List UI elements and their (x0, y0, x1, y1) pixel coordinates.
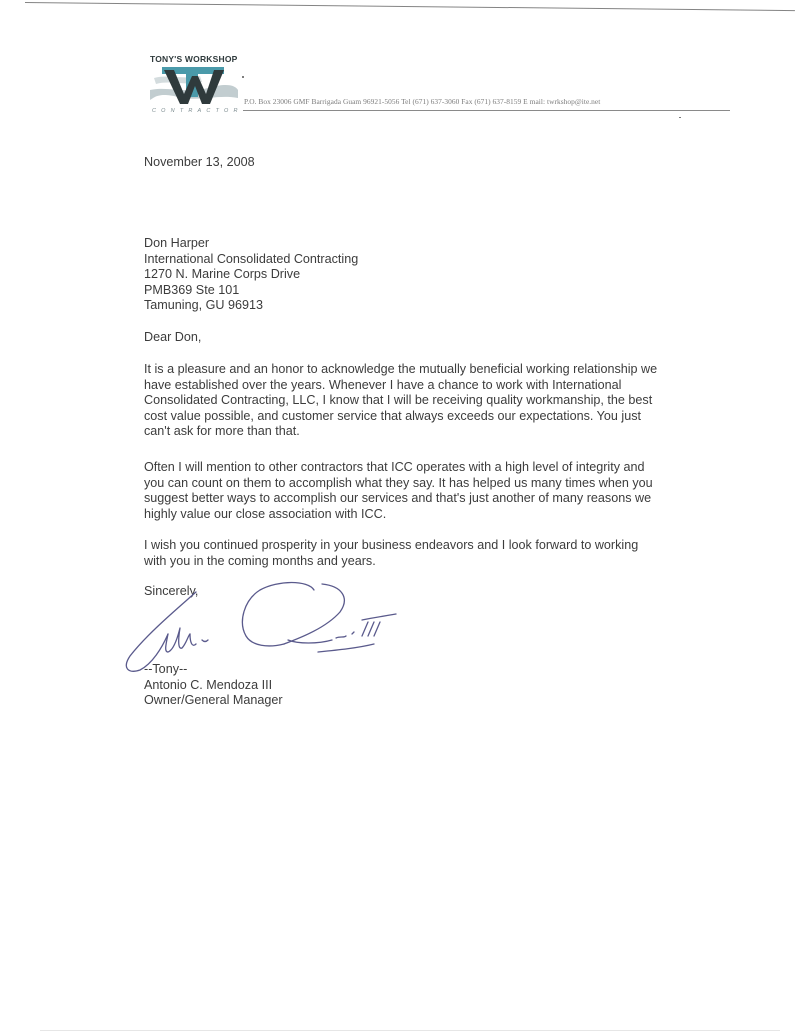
paragraph-line: you can count on them to accomplish what… (144, 476, 734, 492)
closing: Sincerely, (144, 584, 198, 600)
paragraph-line: suggest better ways to accomplish our se… (144, 491, 734, 507)
recipient-name: Don Harper (144, 236, 358, 252)
scan-speck (679, 117, 681, 118)
paragraph-line: Consolidated Contracting, LLC, I know th… (144, 393, 734, 409)
salutation: Dear Don, (144, 330, 201, 346)
signoff-full-name: Antonio C. Mendoza III (144, 678, 283, 694)
signoff-block: --Tony-- Antonio C. Mendoza III Owner/Ge… (144, 662, 283, 709)
logo-w-icon (148, 64, 240, 106)
recipient-suite: PMB369 Ste 101 (144, 283, 358, 299)
recipient-city: Tamuning, GU 96913 (144, 298, 358, 314)
scan-edge-line-bottom (40, 1030, 780, 1031)
recipient-company: International Consolidated Contracting (144, 252, 358, 268)
letter-date: November 13, 2008 (144, 155, 255, 171)
company-logo: TONY'S WORKSHOP CONTRACTOR (148, 52, 240, 118)
paragraph-1: It is a pleasure and an honor to acknowl… (144, 362, 734, 440)
paragraph-2: Often I will mention to other contractor… (144, 460, 734, 522)
logo-company-name: TONY'S WORKSHOP (150, 54, 238, 64)
paragraph-line: cost value possible, and customer servic… (144, 409, 734, 425)
paragraph-line: I wish you continued prosperity in your … (144, 538, 734, 554)
signoff-title: Owner/General Manager (144, 693, 283, 709)
recipient-address: Don Harper International Consolidated Co… (144, 236, 358, 314)
letterhead-divider (243, 110, 730, 111)
paragraph-line: have established over the years. Wheneve… (144, 378, 734, 394)
paragraph-line: Often I will mention to other contractor… (144, 460, 734, 476)
scan-edge-line (25, 2, 795, 11)
paragraph-line: with you in the coming months and years. (144, 554, 734, 570)
paragraph-line: It is a pleasure and an honor to acknowl… (144, 362, 734, 378)
paragraph-line: can't ask for more than that. (144, 424, 734, 440)
letterhead-contact-line: P.O. Box 23006 GMF Barrigada Guam 96921-… (244, 97, 600, 106)
recipient-street: 1270 N. Marine Corps Drive (144, 267, 358, 283)
letterhead-dot (242, 76, 244, 78)
logo-subtitle: CONTRACTOR (152, 108, 243, 114)
paragraph-line: highly value our close association with … (144, 507, 734, 523)
paragraph-3: I wish you continued prosperity in your … (144, 538, 734, 569)
signoff-nickname: --Tony-- (144, 662, 283, 678)
